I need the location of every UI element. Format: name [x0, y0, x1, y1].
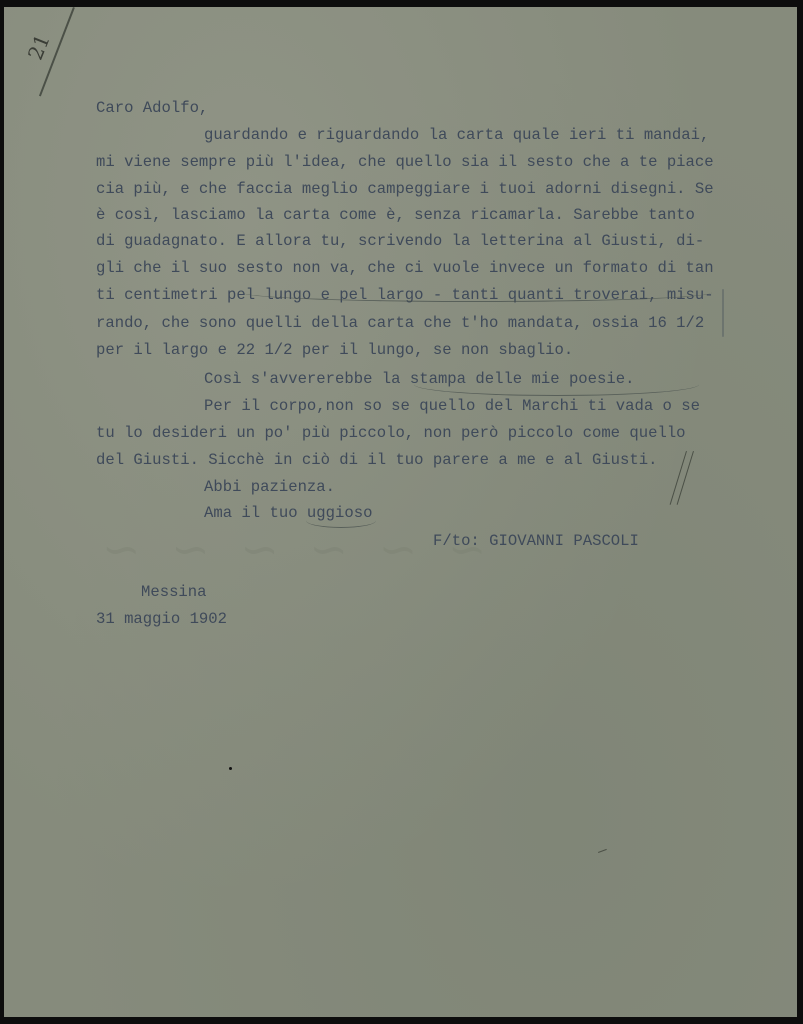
double-slash-mark: [677, 451, 695, 505]
body-line: guardando e riguardando la carta quale i…: [204, 126, 709, 144]
bleed-through-marks: ~ ~ ~ ~ ~ ~: [94, 522, 486, 576]
underline-mark: [242, 283, 712, 302]
body-line: mi viene sempre più l'idea, che quello s…: [96, 153, 714, 171]
signature: F/to: GIOVANNI PASCOLI: [433, 532, 639, 550]
body-line: tu lo desideri un po' più piccolo, non p…: [96, 424, 686, 442]
ink-speck: [229, 767, 232, 770]
archive-number: 21: [23, 31, 55, 64]
body-line: gli che il suo sesto non va, che ci vuol…: [96, 259, 714, 277]
underline-mark: [414, 373, 699, 396]
closing-line: Abbi pazienza.: [204, 478, 335, 496]
body-line: è così, lasciamo la carta come è, senza …: [96, 206, 695, 224]
date: 31 maggio 1902: [96, 610, 227, 628]
place: Messina: [141, 583, 207, 601]
margin-bar-mark: [722, 289, 724, 337]
body-line: cia più, e che faccia meglio campeggiare…: [96, 180, 714, 198]
underline-mark: [306, 513, 376, 528]
body-line: rando, che sono quelli della carta che t…: [96, 314, 704, 332]
body-line: del Giusti. Sicchè in ciò di il tuo pare…: [96, 451, 657, 469]
salutation: Caro Adolfo,: [96, 99, 208, 117]
ink-speck: [598, 849, 607, 853]
body-line: di guadagnato. E allora tu, scrivendo la…: [96, 232, 704, 250]
body-line: Per il corpo,non so se quello del Marchi…: [204, 397, 700, 415]
letter-page: ~ ~ ~ ~ ~ ~ 21 Caro Adolfo, guardando e …: [4, 7, 797, 1017]
body-line: per il largo e 22 1/2 per il lungo, se n…: [96, 341, 573, 359]
